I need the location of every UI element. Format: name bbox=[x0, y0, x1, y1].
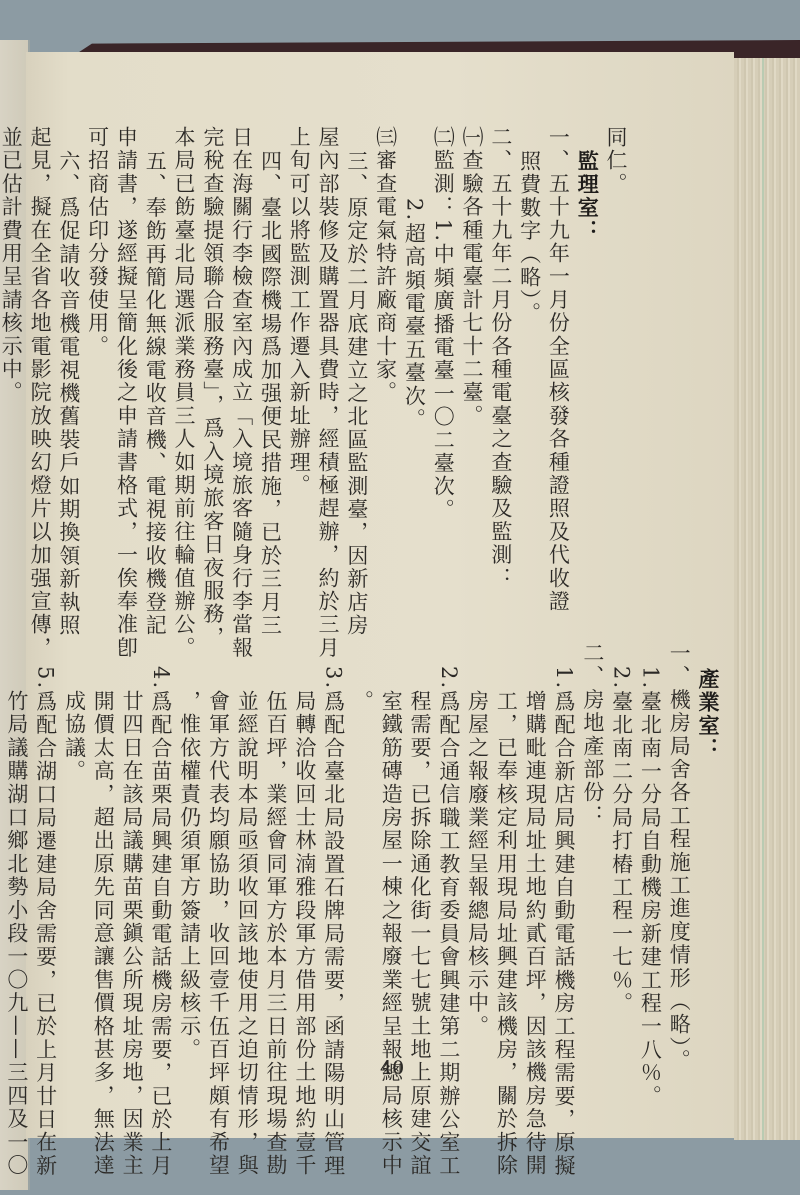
section-heading-supervision: 監理室： bbox=[572, 126, 601, 566]
text-column: 4.爲配合苗栗局興建自動電話機房需要，已於上月 bbox=[146, 642, 175, 1062]
text-column: 可招商估印分發使用。 bbox=[83, 126, 112, 566]
text-column: 2.爲配合通信職工教育委員會興建第二期辦公室工 bbox=[434, 642, 463, 1062]
text-column: 1.爲配合新店局興建自動電話機房工程需要，原擬 bbox=[549, 642, 578, 1062]
text-column: 一、五十九年一月份全區核發各種證照及代收證 bbox=[544, 126, 573, 566]
text-column: 會軍方代表均願協助，收回壹千伍百坪頗有希望 bbox=[204, 642, 233, 1062]
text-column: 上旬可以將監測工作遷入新址辦理。 bbox=[284, 126, 313, 566]
fore-edge-line bbox=[762, 58, 764, 1140]
text-column: 二、五十九年二月份各種電臺之查驗及監測： bbox=[486, 126, 515, 566]
text-column: 室鐵筋磚造房屋一棟之報廢業經呈報總局核示中 bbox=[376, 642, 405, 1062]
text-column: 3.爲配合臺北局設置石牌局需要，函請陽明山管理 bbox=[319, 642, 348, 1062]
text-column: 一、機房局舍各工程施工進度情形（略）。 bbox=[664, 642, 693, 1062]
text-column: 六、爲促請收音機電視機舊裝戶如期換領新執照 bbox=[54, 126, 83, 566]
text-column: 申請書，遂經擬呈簡化後之申請書格式，一俟奉准卽 bbox=[112, 126, 141, 566]
page-number: 40 bbox=[380, 1057, 404, 1079]
text-column: 成協議。 bbox=[60, 642, 89, 1062]
text-column: 竹局議購湖口鄉北勢小段一〇九——三四及一〇 bbox=[2, 642, 31, 1062]
text-column: 房屋之報廢業經呈報總局核示中。 bbox=[463, 642, 492, 1062]
text-column: 2.臺北南二分局打樁工程一七％。 bbox=[607, 642, 636, 1062]
upper-text-block: 同仁。 監理室： 一、五十九年一月份全區核發各種證照及代收證 照費數字（略）。 … bbox=[0, 126, 630, 566]
text-column: 。 bbox=[348, 642, 377, 1062]
text-column: 五、奉飭再簡化無線電收音機、電視接收機登記 bbox=[140, 126, 169, 566]
text-column: 同仁。 bbox=[601, 126, 630, 566]
text-column: 日在海關行李檢查室內成立「入境旅客隨身行李當報 bbox=[227, 126, 256, 566]
text-column: 5.爲配合湖口局遷建局舍需要，已於上月廿日在新 bbox=[31, 642, 60, 1062]
lower-text-block: 產業室： 一、機房局舍各工程施工進度情形（略）。 1.臺北南一分局自動機房新建工… bbox=[2, 642, 722, 1062]
text-column: 屋內部裝修及購置器具費時，經積極趕辦，約於三月 bbox=[313, 126, 342, 566]
text-column: 1.臺北南一分局自動機房新建工程一八％。 bbox=[636, 642, 665, 1062]
text-column: ㈢審查電氣特許廠商十家。 bbox=[371, 126, 400, 566]
text-column: 完稅查驗提領聯合服務臺」，爲入境旅客日夜服務， bbox=[198, 126, 227, 566]
text-column: 並經說明本局亟須收回該地使用之迫切情形，與 bbox=[232, 642, 261, 1062]
text-column: 廿四日在該局議購苗栗鎭公所現址房地，因業主 bbox=[117, 642, 146, 1062]
text-column: 照費數字（略）。 bbox=[515, 126, 544, 566]
text-column: 2.超高頻電臺五臺次。 bbox=[400, 126, 429, 566]
section-heading-industry: 產業室： bbox=[693, 642, 722, 1062]
text-column: 四、臺北國際機場爲加强便民措施，已於三月三 bbox=[256, 126, 285, 566]
text-column: 本局已飭臺北局選派業務員三人如期前往輪值辦公。 bbox=[169, 126, 198, 566]
text-column: 三、原定於二月底建立之北區監測臺，因新店房 bbox=[342, 126, 371, 566]
text-column: ，惟依權責仍須軍方簽請上級核示。 bbox=[175, 642, 204, 1062]
text-column: 起見，擬在全省各地電影院放映幻燈片以加强宣傳， bbox=[25, 126, 54, 566]
text-column: 程需要，已拆除通化街一七七號土地上原建交誼 bbox=[405, 642, 434, 1062]
text-column: ㈠查驗各種電臺計七十二臺。 bbox=[457, 126, 486, 566]
text-column: ㈡監測：1.中頻廣播電臺一〇二臺次。 bbox=[428, 126, 457, 566]
text-column: 增購毗連現局址土地約貳百坪，因該機房急待開 bbox=[520, 642, 549, 1062]
text-column: 局轉洽收回士林湳雅段軍方借用部份土地約壹千 bbox=[290, 642, 319, 1062]
text-column: 伍百坪，業經會同軍方於本月三日前往現場查勘 bbox=[261, 642, 290, 1062]
page-fore-edge bbox=[734, 58, 800, 1140]
text-column: 並已估計費用呈請核示中。 bbox=[0, 126, 25, 566]
document-page: 同仁。 監理室： 一、五十九年一月份全區核發各種證照及代收證 照費數字（略）。 … bbox=[26, 52, 734, 1138]
text-column: 二、房地產部份： bbox=[578, 642, 607, 1062]
text-column: 工，已奉核定利用現局址興建該機房，關於拆除 bbox=[492, 642, 521, 1062]
text-column: 開價太高，超出原先同意讓售價格甚多，無法達 bbox=[88, 642, 117, 1062]
